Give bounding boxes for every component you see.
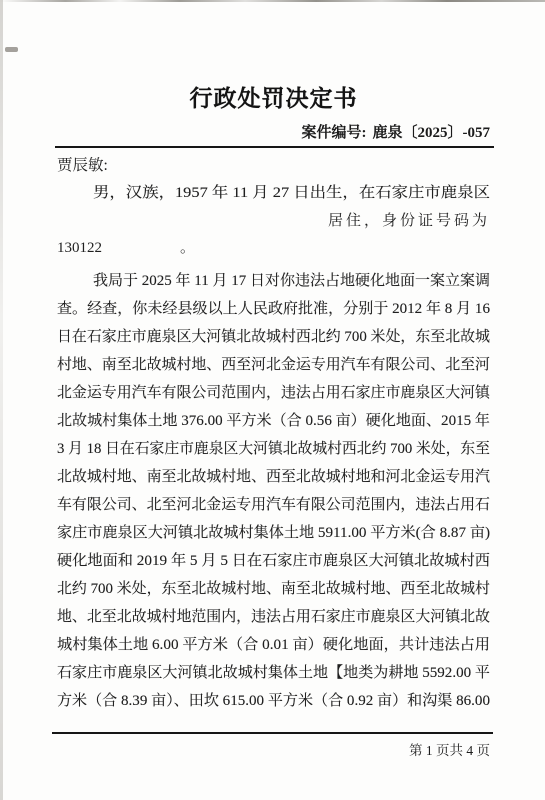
body-line: 村地、南至北故城村地、西至河北金运专用汽车有限公司、北至河	[57, 351, 490, 379]
header-rule	[55, 146, 494, 148]
personal-info-line-3: 130122。	[57, 236, 490, 260]
scan-artifact-mark	[5, 47, 18, 52]
body-line: 查。经查，你未经县级以上人民政府批准，分别于 2012 年 8 月 16	[57, 295, 490, 323]
body-line: 家庄市鹿泉区大河镇北故城村集体土地 5911.00 平方米(合 8.87 亩)	[57, 519, 490, 547]
body-line: 我局于 2025 年 11 月 17 日对你违法占地硬化地面一案立案调	[57, 267, 490, 295]
body-line: 日在石家庄市鹿泉区大河镇北故城村西北约 700 米处，东至北故城	[57, 323, 490, 351]
body-paragraph: 我局于 2025 年 11 月 17 日对你违法占地硬化地面一案立案调 查。经查…	[57, 267, 490, 715]
document-title: 行政处罚决定书	[57, 80, 490, 113]
case-number-value: 鹿泉〔2025〕-057	[373, 125, 491, 141]
body-line: 石家庄市鹿泉区大河镇北故城村集体土地【地类为耕地 5592.00 平	[57, 659, 490, 687]
footer-rule	[52, 732, 493, 734]
body-line: 硬化地面和 2019 年 5 月 5 日在石家庄市鹿泉区大河镇北故城村西	[57, 547, 490, 575]
body-line: 地、北至北故城村地范围内，违法占用石家庄市鹿泉区大河镇北故	[57, 603, 490, 631]
body-line: 北故城村地、南至北故城村地、西至北故城村地和河北金运专用汽	[57, 463, 490, 491]
id-number-prefix: 130122	[57, 240, 102, 256]
document-content: 行政处罚决定书 案件编号:鹿泉〔2025〕-057 贾辰敏: 男，汉族，1957…	[57, 0, 490, 800]
body-line: 车有限公司、北至河北金运专用汽车有限公司范围内，违法占用石	[57, 491, 490, 519]
sentence-period: 。	[180, 240, 195, 256]
body-line: 方米（合 8.39 亩）、田坎 615.00 平方米（合 0.92 亩）和沟渠 …	[57, 687, 490, 715]
body-line: 北金运专用汽车有限公司范围内，违法占用石家庄市鹿泉区大河镇	[57, 379, 490, 407]
scan-artifact-left-edge	[0, 0, 3, 800]
scanned-document-page: 行政处罚决定书 案件编号:鹿泉〔2025〕-057 贾辰敏: 男，汉族，1957…	[0, 0, 545, 800]
case-number-line: 案件编号:鹿泉〔2025〕-057	[302, 121, 491, 142]
body-line: 城村集体土地 6.00 平方米（合 0.01 亩）硬化地面，共计违法占用	[57, 631, 490, 659]
page-number: 第 1 页共 4 页	[409, 739, 490, 759]
recipient-name: 贾辰敏:	[57, 153, 108, 175]
body-line: 3 月 18 日在石家庄市鹿泉区大河镇北故城村西北约 700 米处，东至	[57, 435, 490, 463]
personal-info-line-2: 居住，身份证号码为	[57, 209, 490, 233]
case-number-label: 案件编号:	[302, 125, 367, 141]
personal-info-line-1: 男，汉族，1957 年 11 月 27 日出生，在石家庄市鹿泉区	[57, 181, 490, 205]
body-line: 北约 700 米处，东至北故城村地、南至北故城村地、西至北故城村	[57, 575, 490, 603]
body-line: 北故城村集体土地 376.00 平方米（合 0.56 亩）硬化地面、2015 年	[57, 407, 490, 435]
